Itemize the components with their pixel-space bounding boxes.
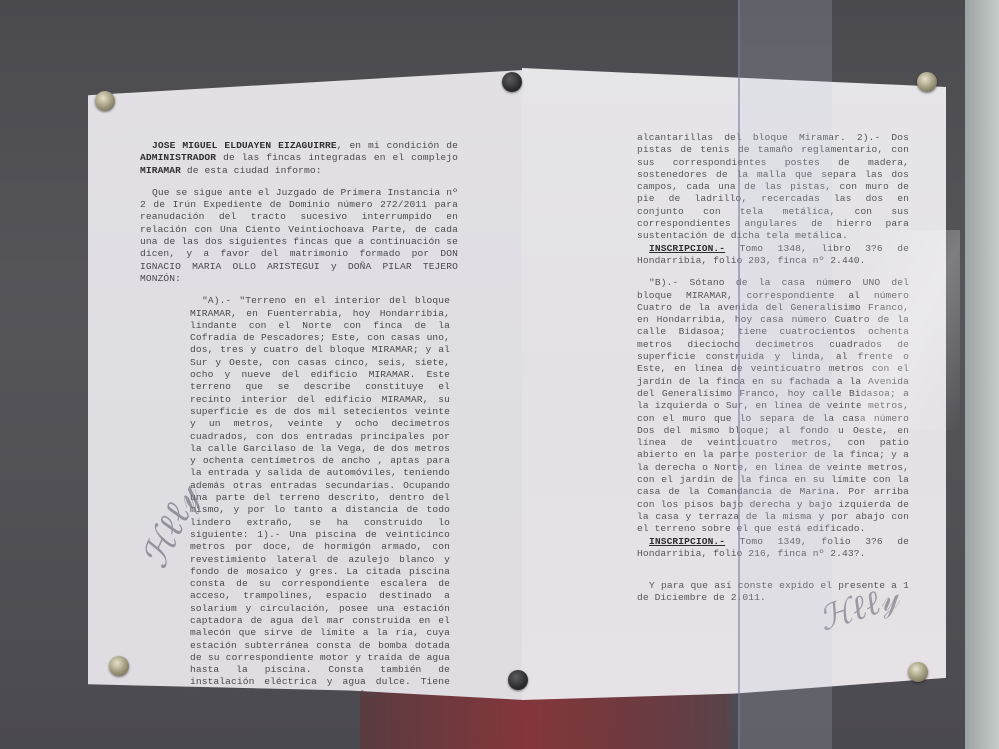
pin-icon (502, 72, 522, 92)
glass-reflection (738, 0, 832, 749)
wall-edge (965, 0, 999, 749)
inscripcion-a-label: INSCRIPCION.- (649, 243, 725, 254)
intro-paragraph: JOSE MIGUEL ELDUAYEN EIZAGUIRRE, en mi c… (140, 140, 458, 177)
proceedings-paragraph: Que se sigue ante el Juzgado de Primera … (140, 187, 458, 285)
pin-icon (95, 91, 115, 111)
left-text-column: JOSE MIGUEL ELDUAYEN EIZAGUIRRE, en mi c… (140, 140, 458, 701)
pin-icon (508, 670, 528, 690)
pin-icon (109, 656, 129, 676)
administrator-role: ADMINISTRADOR (140, 152, 216, 163)
glass-shine (860, 230, 960, 430)
complex-name: MIRAMAR (140, 165, 181, 176)
pin-icon (917, 72, 937, 92)
inscripcion-b-label: INSCRIPCION.- (649, 536, 725, 547)
pin-icon (908, 662, 928, 682)
administrator-name: JOSE MIGUEL ELDUAYEN EIZAGUIRRE (152, 140, 337, 151)
